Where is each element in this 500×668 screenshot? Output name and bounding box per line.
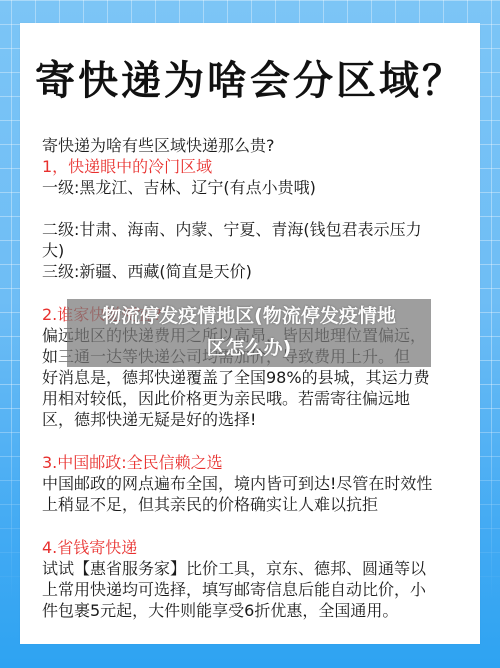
- section-4-line: 件包裹5元起，大件则能享受6折优惠，全国通用。: [42, 600, 462, 621]
- article-body: 寄快递为啥有些区域快递那么贵? 1，快递眼中的冷门区域 一级:黑龙江、吉林、辽宁…: [42, 135, 462, 621]
- section-4-line: 上常用快递均可选择，填写邮寄信息后能自动比价，小: [42, 579, 462, 600]
- page-title: 寄快递为啥会分区域？: [20, 57, 480, 105]
- section-heading-3: 3.中国邮政:全民信赖之选: [42, 452, 462, 473]
- spacer: [42, 515, 462, 537]
- intro-question: 寄快递为啥有些区域快递那么贵?: [42, 135, 462, 156]
- section-1-line: 二级:甘肃、海南、内蒙、宁夏、青海(钱包君表示压力: [42, 219, 462, 240]
- section-heading-4: 4.省钱寄快递: [42, 537, 462, 558]
- section-1-line: 一级:黑龙江、吉林、辽宁(有点小贵哦): [42, 177, 462, 198]
- section-3-line: 上稍显不足，但其亲民的价格确实让人难以抗拒: [42, 494, 462, 515]
- spacer: [42, 198, 462, 219]
- overlay-line-2: 区怎么办): [67, 332, 431, 364]
- section-4-line: 试试【惠省服务家】比价工具，京东、德邦、圆通等以: [42, 558, 462, 579]
- section-1-line: 三级:新疆、西藏(简直是天价): [42, 261, 462, 282]
- section-heading-1: 1，快递眼中的冷门区域: [42, 156, 462, 177]
- section-2-line: 用相对较低，因此价格更为亲民哦。若需寄往偏远地: [42, 388, 462, 409]
- section-3-line: 中国邮政的网点遍布全国，境内皆可到达!尽管在时效性: [42, 473, 462, 494]
- section-2-line: 区，德邦快递无疑是好的选择!: [42, 409, 462, 430]
- spacer: [42, 430, 462, 452]
- overlay-line-1: 物流停发疫情地区(物流停发疫情地: [67, 300, 431, 332]
- section-2-line: 好消息是，德邦快递覆盖了全国98%的县城，其运力费: [42, 367, 462, 388]
- section-1-line: 大): [42, 240, 462, 261]
- caption-overlay-text: 物流停发疫情地区(物流停发疫情地 区怎么办): [67, 300, 431, 364]
